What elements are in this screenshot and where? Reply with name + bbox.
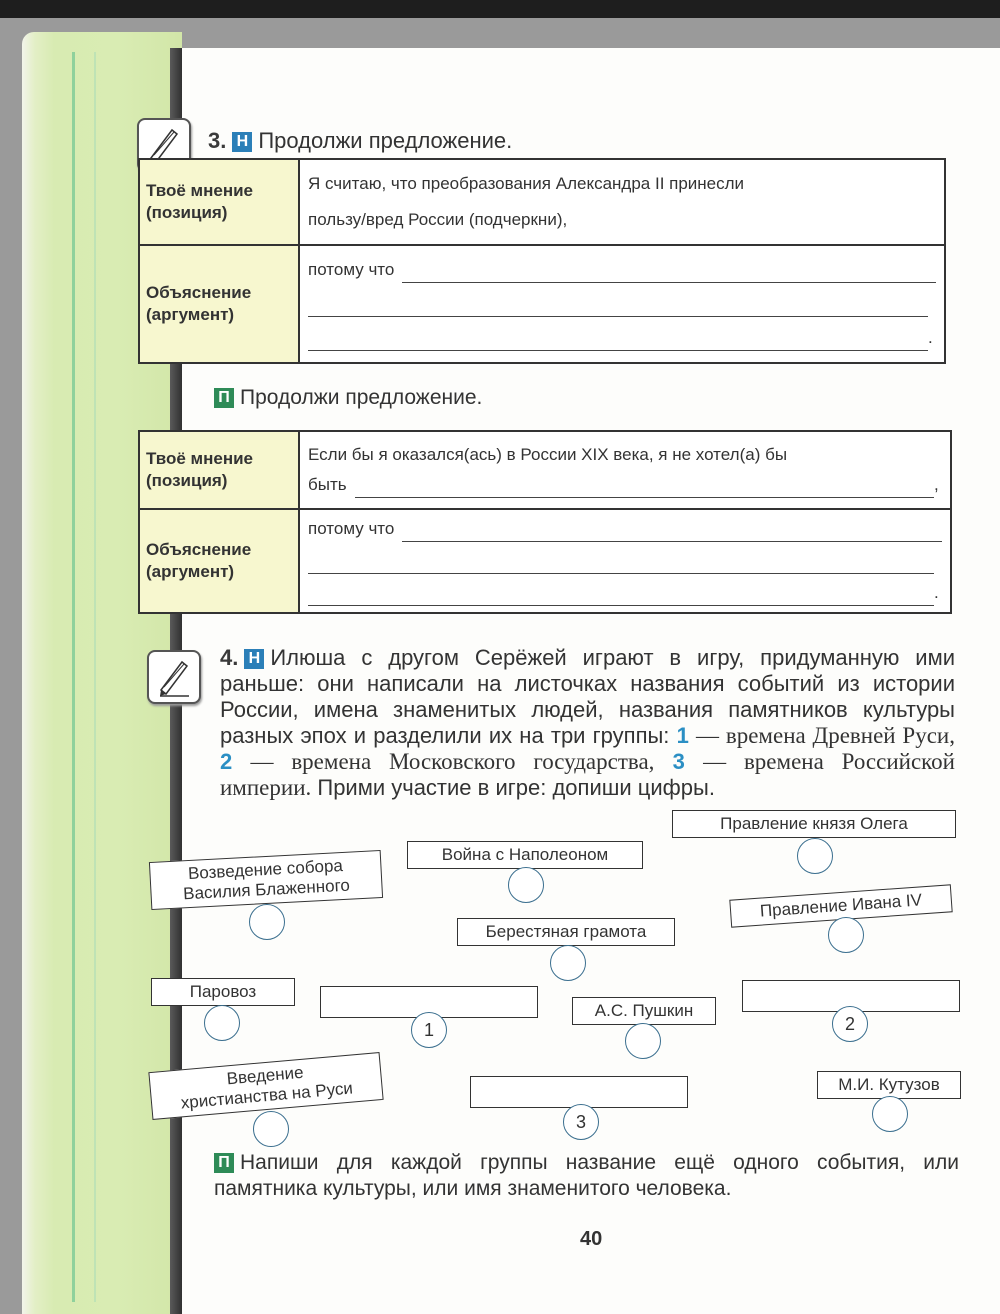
argument-label: Объяснение (аргумент) [139,509,299,613]
page-number: 40 [580,1228,602,1251]
answer-circle[interactable] [550,945,586,981]
argument-content: потому что . [299,509,951,613]
label-line: (аргумент) [146,304,292,326]
answer-line[interactable] [308,332,928,351]
period: . [928,325,936,351]
answer-circle[interactable] [249,904,285,940]
because-prefix: потому что [308,516,394,542]
card-label: Война с Наполеоном [442,845,608,864]
task3-number: 3. [208,128,226,153]
task4-instruction: Прими участие в игре: допиши цифры. [317,775,715,800]
because-prefix: потому что [308,257,394,283]
position-label: Твоё мнение (позиция) [139,159,299,245]
label-line: (позиция) [146,202,292,224]
badge-p-icon: П [214,1153,234,1173]
label-line: Объяснение [146,282,292,304]
group3-circle: 3 [563,1104,599,1140]
answer-circle[interactable] [508,867,544,903]
task3-instruction: Продолжи предложение. [258,128,512,153]
answer-circle[interactable] [204,1005,240,1041]
card-napoleon: Война с Наполеоном [407,841,643,869]
group1-text: — времена Древней Руси, [696,723,955,748]
card-label: Паровоз [190,982,256,1001]
answer-circle[interactable] [828,917,864,953]
task4-p-instruction: ПНапиши для каждой группы название ещё о… [214,1150,959,1202]
position-content[interactable]: Я считаю, что преобразования Александра … [299,159,945,245]
task3-p-opinion-table: Твоё мнение (позиция) Если бы я оказался… [138,430,952,614]
group2-circle: 2 [832,1006,868,1042]
task4-p-text: Напиши для каждой группы название ещё од… [214,1151,959,1200]
be-prefix: быть [308,472,347,498]
answer-line[interactable] [402,523,942,542]
card-pushkin: А.С. Пушкин [572,997,716,1025]
task3-opinion-table: Твоё мнение (позиция) Я считаю, что прео… [138,158,946,364]
answer-circle[interactable] [872,1096,908,1132]
answer-circle[interactable] [253,1111,289,1147]
label-line: Твоё мнение [146,448,292,470]
badge-n-icon: Н [244,649,264,669]
label-line: (позиция) [146,470,292,492]
task3-p-heading: ППродолжи предложение. [214,386,482,410]
answer-circle[interactable] [625,1023,661,1059]
card-label: А.С. Пушкин [595,1001,693,1020]
position-text-line1: Если бы я оказался(ась) в России XIX век… [308,442,942,468]
card-label: Берестяная грамота [486,922,647,941]
card-kutuzov: М.И. Кутузов [817,1071,961,1099]
task3-p-instruction: Продолжи предложение. [240,386,482,409]
position-label: Твоё мнение (позиция) [139,431,299,509]
group2-text: — времена Московского государства, [250,749,654,774]
badge-n-icon: Н [232,132,252,152]
argument-content: потому что . [299,245,945,363]
task3-heading: 3.НПродолжи предложение. [208,128,512,154]
position-content: Если бы я оказался(ась) в России XIX век… [299,431,951,509]
position-text-line1: Я считаю, что преобразования Александра … [308,171,936,197]
pencil-icon [147,650,201,704]
task4-text: 4.НИлюша с другом Серёжей играют в игру,… [220,645,955,801]
answer-line[interactable] [308,587,934,606]
group2-number: 2 [220,749,232,774]
label-line: Твоё мнение [146,180,292,202]
card-label: М.И. Кутузов [838,1075,940,1094]
period: . [934,580,942,606]
answer-line[interactable] [355,479,934,498]
card-oleg: Правление князя Олега [672,810,956,838]
card-parovoz: Паровоз [151,978,295,1006]
answer-line[interactable] [308,298,928,317]
argument-label: Объяснение (аргумент) [139,245,299,363]
group1-number: 1 [677,723,689,748]
card-gramota: Берестяная грамота [457,918,675,946]
label-line: (аргумент) [146,561,292,583]
label-line: Объяснение [146,539,292,561]
answer-line[interactable] [402,264,936,283]
group3-number: 3 [673,749,685,774]
comma: , [934,472,942,498]
task4-number: 4. [220,645,238,670]
answer-circle[interactable] [797,838,833,874]
position-text-line2: пользу/вред России (подчеркни), [308,207,936,233]
badge-p-icon: П [214,388,234,408]
card-label: Правление князя Олега [720,814,908,833]
group1-circle: 1 [411,1012,447,1048]
answer-line[interactable] [308,555,934,574]
